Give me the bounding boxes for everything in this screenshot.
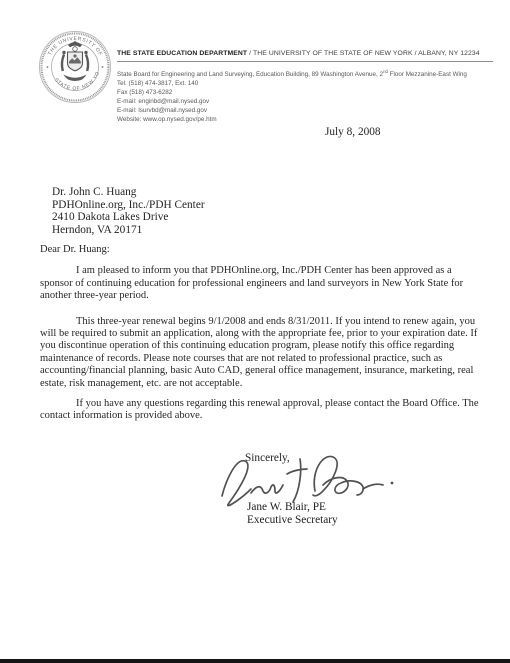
board-address-line: State Board for Engineering and Land Sur… — [117, 67, 497, 79]
department-subtitle: / THE UNIVERSITY OF THE STATE OF NEW YOR… — [247, 50, 479, 57]
seal-coat-of-arms — [62, 41, 88, 81]
fax-line: Fax (518) 473-6282 — [117, 88, 497, 97]
signer-title: Executive Secretary — [247, 514, 338, 527]
email-engineering-line: E-mail: enginbd@mail.nysed.gov — [117, 97, 497, 106]
salutation: Dear Dr. Huang: — [40, 244, 486, 256]
board-address-post: Floor Mezzanine-East Wing — [388, 71, 467, 78]
website-line: Website: www.op.nysed.gov/pe.htm — [117, 115, 497, 124]
letterhead: THE STATE EDUCATION DEPARTMENT / THE UNI… — [117, 50, 497, 124]
signature-block: Jane W. Blair, PE Executive Secretary — [247, 501, 338, 526]
paragraph-questions: If you have any questions regarding this… — [40, 398, 486, 423]
seal-dot-left — [47, 66, 49, 68]
signer-name: Jane W. Blair, PE — [247, 501, 338, 514]
recipient-city-state-zip: Herndon, VA 20171 — [52, 224, 205, 237]
recipient-address-block: Dr. John C. Huang PDHOnline.org, Inc./PD… — [52, 186, 205, 236]
letterhead-divider — [117, 61, 493, 62]
paragraph-renewal-terms: This three-year renewal begins 9/1/2008 … — [40, 316, 486, 390]
telephone-line: Tel. (518) 474-3817, Ext. 140 — [117, 79, 497, 88]
letter-date: July 8, 2008 — [325, 126, 381, 138]
seal-dot-right — [102, 66, 104, 68]
email-surveying-line: E-mail: lsurvbd@mail.nysed.gov — [117, 106, 497, 115]
recipient-name: Dr. John C. Huang — [52, 186, 205, 199]
nysed-seal-icon: THE UNIVERSITY OF STATE OF NEW YORK — [37, 29, 113, 105]
scan-bottom-edge — [0, 659, 510, 663]
recipient-street: 2410 Dakota Lakes Drive — [52, 211, 205, 224]
recipient-organization: PDHOnline.org, Inc./PDH Center — [52, 199, 205, 212]
department-name: THE STATE EDUCATION DEPARTMENT — [117, 50, 247, 57]
scan-content: THE UNIVERSITY OF STATE OF NEW YORK — [0, 0, 510, 663]
scanned-letter-page: THE UNIVERSITY OF STATE OF NEW YORK — [0, 0, 510, 663]
department-title-line: THE STATE EDUCATION DEPARTMENT / THE UNI… — [117, 50, 497, 57]
paragraph-approval: I am pleased to inform you that PDHOnlin… — [40, 265, 486, 302]
letter-body: Dear Dr. Huang: I am pleased to inform y… — [40, 244, 486, 423]
board-address-pre: State Board for Engineering and Land Sur… — [117, 71, 383, 78]
